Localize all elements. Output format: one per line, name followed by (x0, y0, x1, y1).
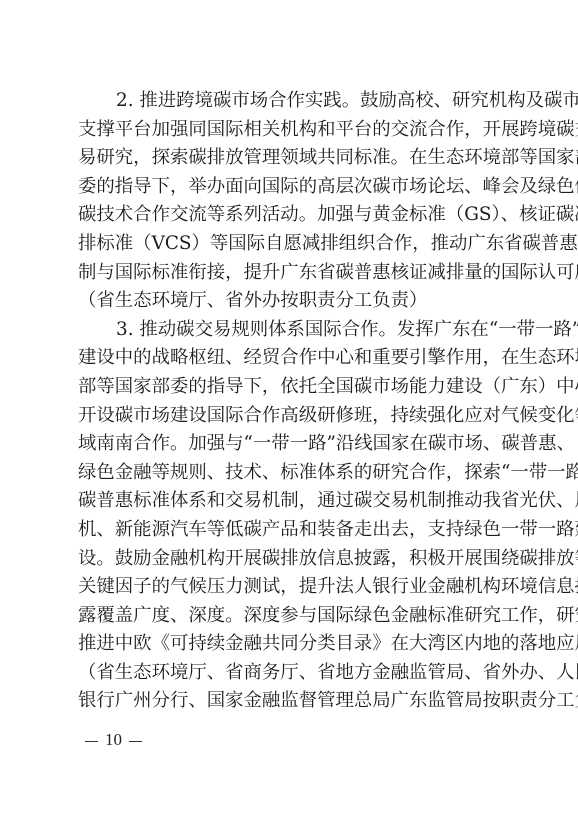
paragraph-3-line-12: 推进中欧《可持续金融共同分类目录》在大湾区内地的落地应用。 (78, 630, 508, 659)
paragraph-3-line-11: 露覆盖广度、深度。深度参与国际绿色金融标准研究工作，研究 (78, 602, 508, 631)
paragraph-3-line-6: 绿色金融等规则、技术、标准体系的研究合作，探索“一带一路” (78, 459, 508, 488)
paragraph-3-line-5: 域南南合作。加强与“一带一路”沿线国家在碳市场、碳普惠、 (78, 430, 508, 459)
dash-left-icon (85, 741, 98, 742)
paragraph-3-responsibility-line-2: 银行广州分行、国家金融监督管理总局广东监管局按职责分工负 (78, 687, 508, 716)
page-number: 10 (78, 730, 149, 750)
paragraph-3-line-2: 建设中的战略枢纽、经贸合作中心和重要引擎作用，在生态环境 (78, 344, 508, 373)
paragraph-2-responsibility: （省生态环境厅、省外办按职责分工负责） (78, 287, 508, 316)
paragraph-3-line-3: 部等国家部委的指导下，依托全国碳市场能力建设（广东）中心， (78, 373, 508, 402)
paragraph-3-responsibility-line-1: （省生态环境厅、省商务厅、省地方金融监管局、省外办、人民 (78, 659, 508, 688)
paragraph-2-line-6: 排标准（VCS）等国际自愿减排组织合作，推动广东省碳普惠机 (78, 230, 508, 259)
paragraph-3-line-8: 机、新能源汽车等低碳产品和装备走出去，支持绿色一带一路建 (78, 516, 508, 545)
paragraph-3-line-10: 关键因子的气候压力测试，提升法人银行业金融机构环境信息披 (78, 573, 508, 602)
dash-right-icon (129, 741, 142, 742)
paragraph-3-line-4: 开设碳市场建设国际合作高级研修班，持续强化应对气候变化领 (78, 402, 508, 431)
paragraph-2-line-1: 2. 推进跨境碳市场合作实践。鼓励高校、研究机构及碳市场 (78, 87, 508, 116)
paragraph-3-line-9: 设。鼓励金融机构开展碳排放信息披露，积极开展围绕碳排放等 (78, 545, 508, 574)
page-number-value: 10 (105, 730, 122, 749)
body-text: 2. 推进跨境碳市场合作实践。鼓励高校、研究机构及碳市场 支撑平台加强同国际相关… (78, 87, 508, 716)
paragraph-2-line-7: 制与国际标准衔接，提升广东省碳普惠核证减排量的国际认可度。 (78, 259, 508, 288)
paragraph-3-line-7: 碳普惠标准体系和交易机制，通过碳交易机制推动我省光伏、风 (78, 487, 508, 516)
paragraph-2-line-2: 支撑平台加强同国际相关机构和平台的交流合作，开展跨境碳交 (78, 116, 508, 145)
document-page: 2. 推进跨境碳市场合作实践。鼓励高校、研究机构及碳市场 支撑平台加强同国际相关… (0, 0, 578, 818)
paragraph-3-line-1: 3. 推动碳交易规则体系国际合作。发挥广东在“一带一路” (78, 316, 508, 345)
paragraph-2-line-5: 碳技术合作交流等系列活动。加强与黄金标准（GS）、核证碳减 (78, 201, 508, 230)
paragraph-2-line-4: 委的指导下，举办面向国际的高层次碳市场论坛、峰会及绿色低 (78, 173, 508, 202)
paragraph-2-line-3: 易研究，探索碳排放管理领域共同标准。在生态环境部等国家部 (78, 144, 508, 173)
